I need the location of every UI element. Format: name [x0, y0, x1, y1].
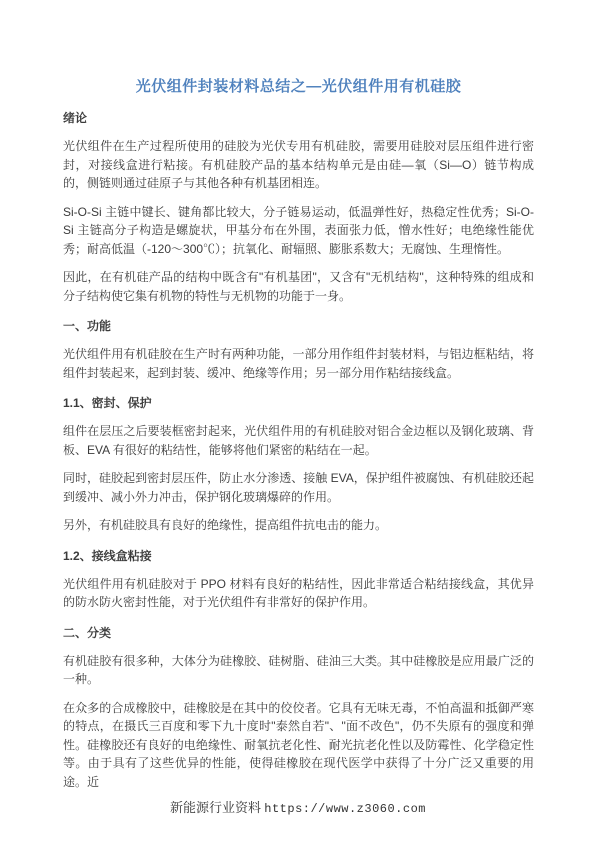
paragraph-organic-inorganic: 因此，在有机硅产品的结构中既含有"有机基团"，又含有"无机结构"，这种特殊的组成…	[63, 268, 534, 305]
section-heading-introduction: 绪论	[63, 110, 534, 127]
paragraph-insulation: 另外，有机硅胶具有良好的绝缘性，提高组件抗电击的能力。	[63, 516, 534, 535]
section-heading-junction-box-bonding: 1.2、接线盒粘接	[63, 548, 534, 565]
footer-source-label: 新能源行业资料	[170, 800, 261, 815]
paragraph-two-functions: 光伏组件用有机硅胶在生产时有两种功能，一部分用作组件封装材料，与铝边框粘结，将组…	[63, 345, 534, 382]
document-title: 光伏组件封装材料总结之—光伏组件用有机硅胶	[63, 76, 534, 97]
page-footer: 新能源行业资料 https://www.z3060.com	[0, 797, 596, 816]
footer-url: https://www.z3060.com	[264, 802, 426, 816]
paragraph-three-categories: 有机硅胶有很多种，大体分为硅橡胶、硅树脂、硅油三大类。其中硅橡胶是应用最广泛的一…	[63, 652, 534, 689]
paragraph-ppo-bonding: 光伏组件用有机硅胶对于 PPO 材料有良好的粘结性，因此非常适合粘结接线盒，其优…	[63, 575, 534, 612]
section-heading-sealing-protection: 1.1、密封、保护	[63, 395, 534, 412]
document-page: 光伏组件封装材料总结之—光伏组件用有机硅胶 绪论 光伏组件在生产过程所使用的硅胶…	[0, 0, 596, 842]
paragraph-si-o-si-properties: Si-O-Si 主链中键长、键角都比较大，分子链易运动，低温弹性好，热稳定性优秀…	[63, 203, 534, 259]
paragraph-frame-sealing: 组件在层压之后要装框密封起来，光伏组件用的有机硅胶对铝合金边框以及钢化玻璃、背板…	[63, 422, 534, 459]
section-heading-classification: 二、分类	[63, 625, 534, 642]
section-heading-functions: 一、功能	[63, 318, 534, 335]
paragraph-silicone-rubber-merits: 在众多的合成橡胶中，硅橡胶是在其中的佼佼者。它具有无味无毒，不怕高温和抵御严寒的…	[63, 699, 534, 792]
paragraph-intro-overview: 光伏组件在生产过程所使用的硅胶为光伏专用有机硅胶，需要用硅胶对层压组件进行密封，…	[63, 137, 534, 193]
paragraph-moisture-protection: 同时，硅胶起到密封层压件，防止水分渗透、接触 EVA，保护组件被腐蚀、有机硅胶还…	[63, 469, 534, 506]
